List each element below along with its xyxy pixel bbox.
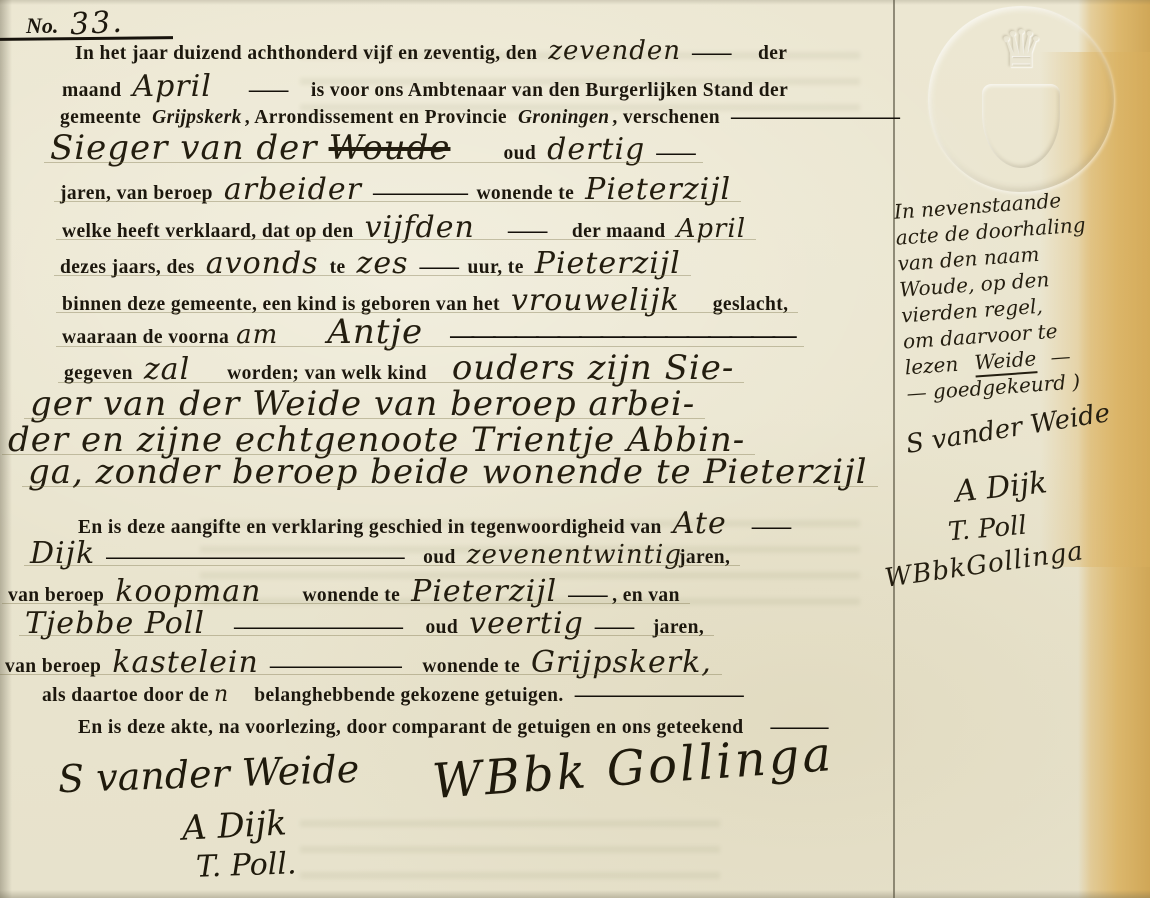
margin-note-word: lezen: [904, 352, 959, 380]
witness1-age: zevenentwintig: [467, 540, 682, 570]
printed-segment: jaren,: [679, 547, 730, 569]
parents-clause: ger van der Weide van beroep arbei-: [30, 384, 695, 424]
fill-rule: —————————: [234, 614, 401, 639]
margin-correction-note: In nevenstaande acte de doorhaling van d…: [893, 182, 1150, 407]
body-line-4: Sieger van der Woude oud dertig ——: [50, 128, 693, 168]
fill-rule: ——: [692, 40, 729, 65]
fill-rule: —————————: [731, 104, 898, 129]
witness2-age: veertig: [469, 606, 584, 641]
paper-edge: [0, 0, 1150, 5]
printed-segment: jaren,: [653, 617, 704, 639]
body-line-1: In het jaar duizend achthonderd vijf en …: [75, 36, 787, 66]
signature-witness1: A Dijk: [181, 803, 288, 848]
fill-rule: ——: [656, 140, 693, 165]
parents-clause: ouders zijn Sie-: [452, 348, 735, 388]
body-line-13: ga, zonder beroep beide wonende te Piete…: [28, 452, 868, 492]
handwritten-word: zal: [144, 352, 190, 387]
birth-place-value: Pieterzijl: [535, 246, 681, 281]
municipality-name: Grijpskerk: [152, 107, 242, 129]
body-line-17: Tjebbe Poll ————————— oud veertig —— jar…: [25, 606, 704, 641]
occupation-value: arbeider: [224, 172, 362, 207]
body-line-19: als daartoe door de n belanghebbende gek…: [42, 682, 741, 707]
body-line-5: jaren, van beroep arbeider ————— wonende…: [60, 172, 731, 207]
fill-rule: ————————————————: [450, 323, 794, 350]
signature-declarant: S vander Weide: [57, 747, 360, 801]
printed-segment: van beroep: [5, 656, 101, 678]
printed-segment: te: [330, 257, 346, 279]
printed-segment: maand: [62, 80, 121, 102]
fill-rule: ——: [568, 582, 605, 607]
body-line-9: waaraan de voorna am Antje —————————————…: [62, 312, 794, 352]
fill-rule: —————————: [575, 682, 742, 707]
body-line-7: dezes jaars, des avonds te zes —— uur, t…: [60, 246, 681, 281]
handwritten-letter: n: [214, 682, 229, 707]
hour-value: zes: [357, 246, 409, 281]
declarant-name: Sieger van der: [50, 128, 318, 168]
body-line-16: van beroep koopman wonende te Pieterzijl…: [8, 574, 680, 609]
printed-segment: oud: [425, 617, 458, 639]
margin-signature-witness2: T. Poll: [947, 511, 1028, 548]
body-line-6: welke heeft verklaard, dat op den vijfde…: [62, 210, 746, 245]
printed-segment: dezes jaars, des: [60, 257, 195, 279]
province-name: Groningen: [518, 107, 609, 129]
printed-segment: der maand: [572, 221, 666, 243]
residence-value: Pieterzijl: [585, 172, 731, 207]
fill-rule: ——: [595, 614, 632, 639]
margin-divider-line: [893, 0, 895, 898]
signature-witness2: T. Poll.: [195, 846, 297, 884]
printed-segment: is voor ons Ambtenaar van den Burgerlijk…: [311, 80, 788, 102]
witness2-name: Tjebbe Poll: [25, 606, 205, 641]
verso-showthrough: [300, 820, 720, 880]
struck-surname: Woude: [329, 128, 451, 168]
time-of-day-value: avonds: [206, 246, 319, 281]
fill-rule: —————: [373, 180, 466, 205]
printed-segment: oud: [423, 547, 456, 569]
printed-segment: , verschenen: [612, 107, 720, 129]
handwritten-day: zevenden: [548, 36, 681, 66]
handwritten-month: April: [132, 69, 211, 104]
fill-rule: ——: [508, 218, 545, 243]
printed-segment: worden; van welk kind: [227, 363, 427, 385]
witness1-surname: Dijk: [30, 536, 95, 571]
printed-segment: uur, te: [468, 257, 524, 279]
lion-shield-icon: [982, 84, 1060, 168]
margin-signature-witness1: A Dijk: [953, 465, 1048, 509]
printed-segment: welke heeft verklaard, dat op den: [62, 221, 354, 243]
printed-segment: In het jaar duizend achthonderd vijf en …: [75, 43, 537, 65]
printed-segment: waaraan de voorna: [62, 327, 229, 349]
printed-segment: van beroep: [8, 585, 104, 607]
paper-edge: [0, 890, 1150, 898]
fill-rule: ——: [420, 254, 457, 279]
printed-segment: , en van: [612, 585, 680, 607]
printed-segment: jaren, van beroep: [60, 183, 213, 205]
witness2-residence: Grijpskerk,: [531, 645, 712, 680]
witness2-occupation: kastelein: [112, 645, 259, 680]
printed-segment: gegeven: [64, 363, 133, 385]
fill-rule: ——: [752, 514, 789, 539]
margin-note-dash: —: [1050, 344, 1072, 369]
birth-certificate-scan: ♛ No. 33. In het jaar duizend achthonder…: [0, 0, 1150, 898]
printed-segment: En is deze akte, na voorlezing, door com…: [78, 717, 744, 739]
body-line-15: Dijk ———————————————— oud zevenentwintig…: [30, 536, 730, 571]
witness1-occupation: koopman: [115, 574, 261, 609]
child-name: Antje: [327, 312, 423, 352]
birth-day-value: vijfden: [365, 210, 475, 245]
printed-segment: belanghebbende gekozene getuigen.: [254, 685, 564, 707]
body-line-11: ger van der Weide van beroep arbei-: [30, 384, 695, 424]
birth-month-value: April: [677, 214, 746, 244]
body-line-2: maand April —— is voor ons Ambtenaar van…: [62, 69, 788, 104]
body-line-3: gemeente Grijpskerk , Arrondissement en …: [60, 104, 898, 129]
fill-rule: ——: [249, 77, 286, 102]
printed-segment: , Arrondissement en Provincie: [245, 107, 507, 129]
printed-segment: gemeente: [60, 107, 141, 129]
body-line-10: gegeven zal worden; van welk kind ouders…: [64, 348, 734, 388]
witness1-residence: Pieterzijl: [411, 574, 557, 609]
embossed-seal: ♛: [928, 6, 1114, 192]
parents-clause: ga, zonder beroep beide wonende te Piete…: [28, 452, 868, 492]
printed-segment: wonende te: [302, 585, 400, 607]
printed-segment: wonende te: [422, 656, 520, 678]
printed-segment: als daartoe door de: [42, 685, 209, 707]
printed-segment: wonende te: [476, 183, 574, 205]
margin-signature-registrar: WBbkGollinga: [883, 536, 1086, 594]
handwritten-suffix: am: [236, 320, 278, 350]
fill-rule: ———————: [270, 653, 400, 678]
body-line-18: van beroep kastelein ——————— wonende te …: [5, 645, 712, 680]
fill-rule: ————————————————: [106, 544, 402, 569]
printed-segment: der: [758, 43, 787, 65]
crown-icon: ♛: [998, 20, 1045, 80]
printed-segment: oud: [503, 143, 536, 165]
age-value: dertig: [547, 132, 645, 167]
act-number-label: No.: [26, 13, 58, 39]
